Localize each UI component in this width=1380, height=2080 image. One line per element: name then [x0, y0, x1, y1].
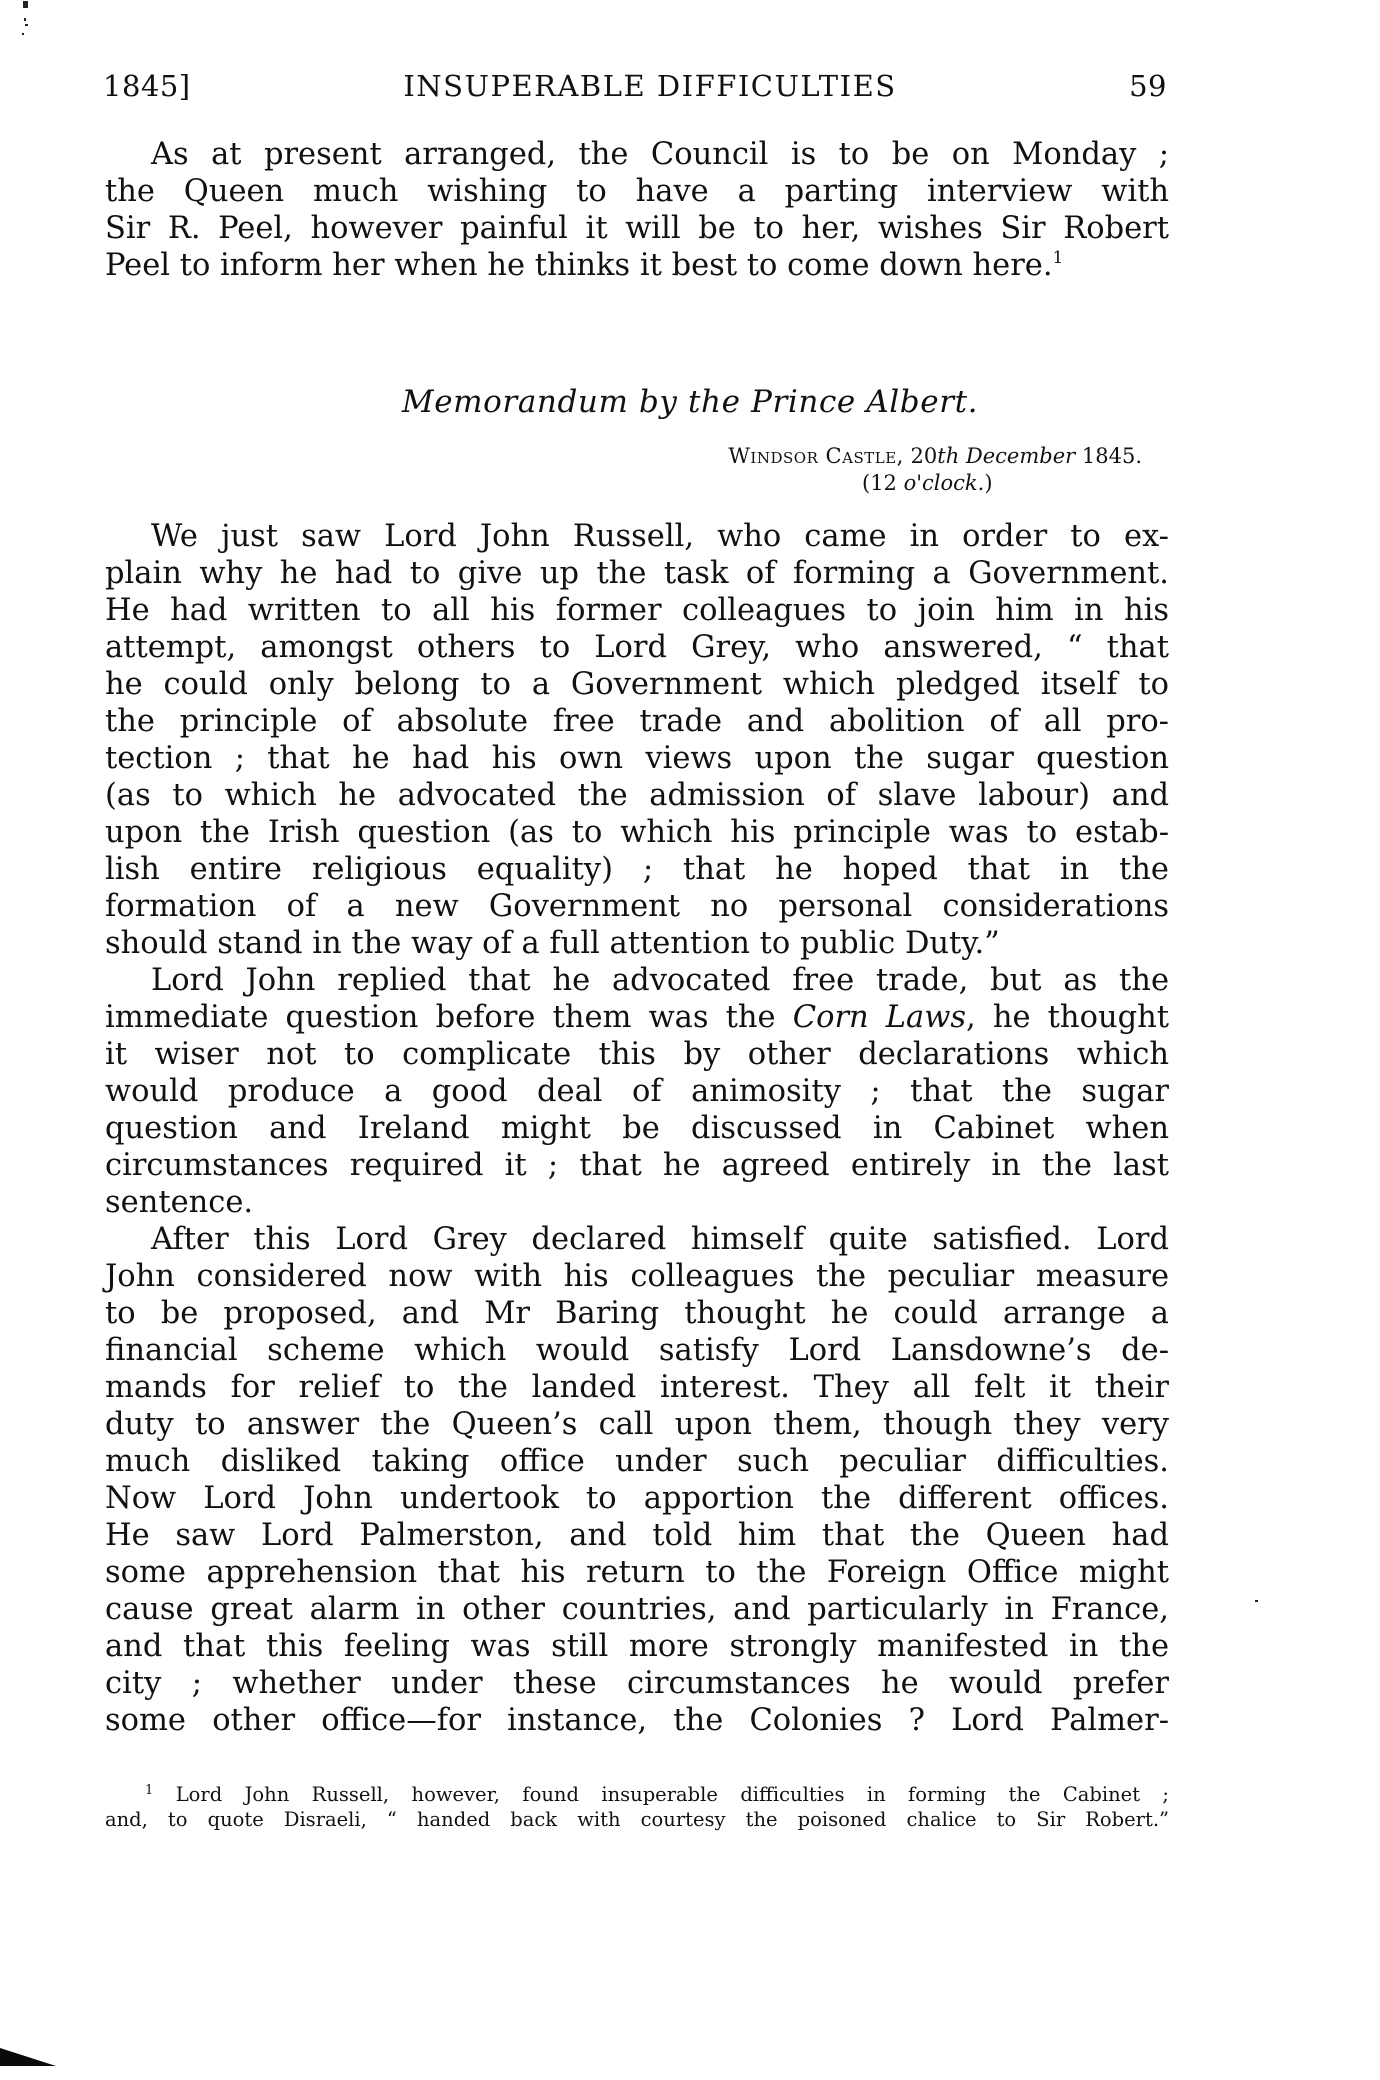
dateline-day-number: 20	[911, 444, 938, 468]
text-segment: , he thought	[966, 1000, 1169, 1035]
dateline-year: 1845.	[1082, 444, 1142, 468]
text-line: He saw Lord Palmerston, and told him tha…	[105, 1517, 1169, 1554]
footnote-line: and, to quote Disraeli, “ handed back wi…	[105, 1807, 1169, 1832]
text-line-content: Peel to inform her when he thinks it bes…	[105, 248, 1053, 283]
scan-speck	[25, 24, 28, 26]
text-line: tection ; that he had his own views upon…	[105, 740, 1169, 777]
text-line: to be proposed, and Mr Baring thought he…	[105, 1295, 1169, 1332]
italic-term-corn-laws: Corn Laws	[793, 1000, 966, 1035]
text-line: lish entire religious equality) ; that h…	[105, 851, 1169, 888]
text-line: some apprehension that his return to the…	[105, 1554, 1169, 1591]
memorandum-time: (12 o'clock.)	[862, 471, 993, 496]
scan-speck	[1255, 1600, 1258, 1602]
scan-edge-wedge	[0, 2048, 56, 2066]
text-line: much disliked taking office under such p…	[105, 1443, 1169, 1480]
footnotes: 1 Lord John Russell, however, found insu…	[105, 1782, 1169, 1832]
footnote-line: 1 Lord John Russell, however, found insu…	[105, 1782, 1169, 1807]
time-open: (12	[862, 471, 897, 495]
text-line: Lord John replied that he advocated free…	[105, 962, 1169, 999]
memorandum-dateline: Windsor Castle, 20th December 1845.	[660, 444, 1142, 469]
footnote-reference[interactable]: 1	[1053, 248, 1064, 268]
text-line: Sir R. Peel, however painful it will be …	[105, 210, 1169, 247]
text-line: would produce a good deal of animosity ;…	[105, 1073, 1169, 1110]
text-line: After this Lord Grey declared himself qu…	[105, 1221, 1169, 1258]
running-head-title: INSUPERABLE DIFFICULTIES	[103, 66, 1167, 106]
text-line: circumstances required it ; that he agre…	[105, 1147, 1169, 1184]
text-line: formation of a new Government no persona…	[105, 888, 1169, 925]
memorandum-title: Memorandum by the Prince Albert.	[0, 384, 1380, 420]
footnote-marker: 1	[145, 1783, 153, 1798]
text-line: the Queen much wishing to have a parting…	[105, 173, 1169, 210]
text-line: city ; whether under these circumstances…	[105, 1665, 1169, 1702]
text-segment: immediate question before them was the	[105, 1000, 793, 1035]
body-paragraph-3: After this Lord Grey declared himself qu…	[105, 1221, 1169, 1739]
text-line: We just saw Lord John Russell, who came …	[105, 518, 1169, 555]
scan-speck	[23, 1, 28, 8]
text-line: As at present arranged, the Council is t…	[105, 136, 1169, 173]
text-line: and that this feeling was still more str…	[105, 1628, 1169, 1665]
text-line: should stand in the way of a full attent…	[105, 925, 1169, 962]
scan-speck	[22, 33, 24, 35]
dateline-place: Windsor Castle,	[728, 444, 903, 468]
text-line: John considered now with his colleagues …	[105, 1258, 1169, 1295]
text-line: mands for relief to the landed interest.…	[105, 1369, 1169, 1406]
text-line: it wiser not to complicate this by other…	[105, 1036, 1169, 1073]
time-text: o'clock.	[904, 471, 985, 495]
text-line: sentence.	[105, 1184, 1169, 1221]
dateline-day-suffix: th	[937, 444, 959, 468]
book-page: 1845] INSUPERABLE DIFFICULTIES 59 As at …	[0, 0, 1380, 2080]
text-line: (as to which he advocated the admission …	[105, 777, 1169, 814]
opening-paragraph: As at present arranged, the Council is t…	[105, 136, 1169, 284]
dateline-day: 20th	[911, 444, 960, 468]
dateline-month: December	[966, 444, 1075, 468]
page-number: 59	[1129, 66, 1167, 106]
text-line: some other office—for instance, the Colo…	[105, 1702, 1169, 1739]
text-line: Now Lord John undertook to apportion the…	[105, 1480, 1169, 1517]
footnote-text: Lord John Russell, however, found insupe…	[176, 1783, 1169, 1806]
text-line: attempt, amongst others to Lord Grey, wh…	[105, 629, 1169, 666]
text-line: He had written to all his former colleag…	[105, 592, 1169, 629]
text-line: duty to answer the Queen’s call upon the…	[105, 1406, 1169, 1443]
text-line: financial scheme which would satisfy Lor…	[105, 1332, 1169, 1369]
body-paragraph-2: Lord John replied that he advocated free…	[105, 962, 1169, 1221]
text-line: immediate question before them was the C…	[105, 999, 1169, 1036]
text-line: the principle of absolute free trade and…	[105, 703, 1169, 740]
body-paragraph-1: We just saw Lord John Russell, who came …	[105, 518, 1169, 962]
text-line: Peel to inform her when he thinks it bes…	[105, 247, 1169, 284]
time-close: )	[984, 471, 992, 495]
text-line: cause great alarm in other countries, an…	[105, 1591, 1169, 1628]
text-line: upon the Irish question (as to which his…	[105, 814, 1169, 851]
running-head: 1845] INSUPERABLE DIFFICULTIES 59	[103, 66, 1167, 106]
text-line: he could only belong to a Government whi…	[105, 666, 1169, 703]
text-line: plain why he had to give up the task of …	[105, 555, 1169, 592]
scan-speck	[24, 18, 26, 21]
text-line: question and Ireland might be discussed …	[105, 1110, 1169, 1147]
